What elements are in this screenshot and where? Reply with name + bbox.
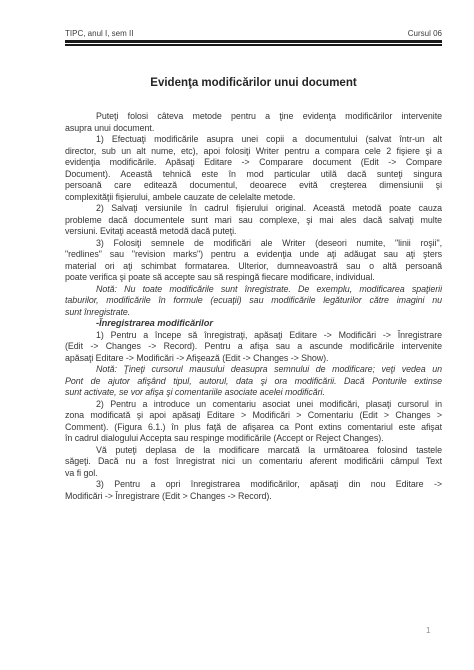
text-line: 3) Folosiţi semnele de modificări ale Wr… [65,238,442,250]
text-line: va fi gol. [65,468,442,480]
document-page: TIPC, anul I, sem II Cursul 06 Evidenţa … [0,0,474,670]
text-line: probleme dacă documentele sunt mari sau … [65,215,442,227]
text-line: Pont de ajutor afişând tipul, autorul, d… [65,376,442,388]
text-line: taburilor, modificările în formule (ecua… [65,295,442,307]
text-line: complexităţii fişierului, ambele cauzate… [65,192,442,204]
document-title: Evidenţa modificărilor unui document [65,77,442,89]
text-line: persoană care editează documentul, deoar… [65,180,442,192]
header-rule [65,40,442,46]
page-number: 1 [426,626,430,635]
text-line: 3) Pentru a opri înregistrarea modificăr… [65,479,442,491]
text-line: săgeţi. Dacă nu a fost înregistrat nici … [65,456,442,468]
text-line: 2) Pentru a introduce un comentariu asoc… [65,399,442,411]
text-line: în cadrul dialogului Accepta sau resping… [65,433,442,445]
text-line: versiuni. Evitaţi această metodă dacă pu… [65,226,442,238]
text-line: (Edit -> Changes -> Record). Pentru a af… [65,341,442,353]
text-line: 1) Pentru a începe să înregistraţi, apăs… [65,330,442,342]
text-line: director, sub un alt nume, etc), apoi fo… [65,146,442,158]
text-line: sunt înregistrate. [65,307,442,319]
text-line: "redlines" sau "revision marks") pentru … [65,249,442,261]
text-line: sunt activate, se vor afişa şi comentari… [65,387,442,399]
text-line: 2) Salvaţi versiunile în cadrul fişierul… [65,203,442,215]
text-line: apăsaţi Editare -> Modificări -> Afişeaz… [65,353,442,365]
text-line: Comment). (Figura 6.1.) în plus faţă de … [65,422,442,434]
text-line: Notă: Ţineţi cursorul mausului deasupra … [65,364,442,376]
text-line: zona modificată şi apoi apăsaţi Editare … [65,410,442,422]
section-heading: -Înregistrarea modificărilor [65,318,442,330]
text-line: Modificări -> Înregistrare (Edit > Chang… [65,491,442,503]
document-body: Puteţi folosi câteva metode pentru a ţin… [65,111,442,502]
text-line: Notă: Nu toate modificările sunt înregis… [65,284,442,296]
text-line: 1) Efectuaţi modificările asupra unei co… [65,134,442,146]
text-line: Puteţi folosi câteva metode pentru a ţin… [65,111,442,123]
text-line: material ori aţi schimbat formatarea. Ul… [65,261,442,273]
header-course-number: Cursul 06 [408,29,442,38]
text-line: evidenţia modificările. Apăsaţi Editare … [65,157,442,169]
text-line: Vă puteţi deplasa de la modificare marca… [65,445,442,457]
page-header: TIPC, anul I, sem II Cursul 06 [65,29,442,38]
header-course-info: TIPC, anul I, sem II [65,29,133,38]
header-rule-thin-line [65,44,442,46]
text-line: poate verifica şi poate să accepte sau s… [65,272,442,284]
text-line: asupra unui document. [65,123,442,135]
text-line: Document). Această tehnică este în mod p… [65,169,442,181]
